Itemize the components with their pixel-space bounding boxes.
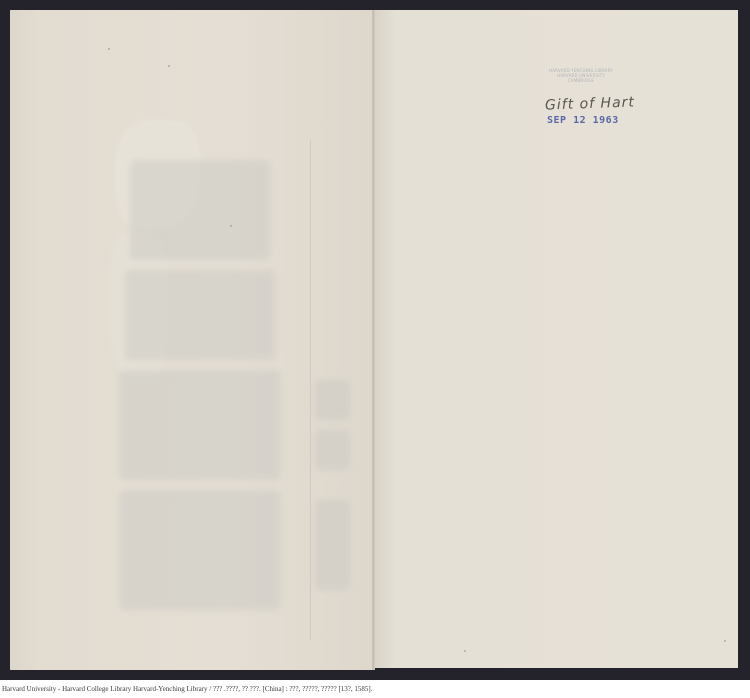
handwritten-gift-note: Gift of Hart bbox=[545, 94, 635, 113]
bleed-through-small-character bbox=[315, 430, 350, 470]
library-stamp: HARVARD-YENCHING LIBRARY HARVARD UNIVERS… bbox=[546, 68, 616, 83]
bleed-through-character bbox=[120, 490, 280, 610]
bleed-through-rule-line bbox=[310, 140, 311, 640]
paper-speck bbox=[108, 48, 110, 50]
bleed-through-small-character bbox=[315, 380, 350, 420]
bleed-through-character bbox=[125, 270, 275, 360]
paper-speck bbox=[724, 640, 726, 642]
bleed-through-character bbox=[120, 370, 280, 480]
left-page bbox=[10, 10, 373, 670]
paper-speck bbox=[168, 65, 170, 67]
paper-speck bbox=[464, 650, 466, 652]
bleed-through-small-character bbox=[315, 500, 350, 590]
bleed-through-character bbox=[130, 160, 270, 260]
scan-frame: HARVARD-YENCHING LIBRARY HARVARD UNIVERS… bbox=[0, 0, 750, 680]
scan-viewer: HARVARD-YENCHING LIBRARY HARVARD UNIVERS… bbox=[0, 0, 750, 698]
citation-caption: Harvard University - Harvard College Lib… bbox=[2, 685, 748, 693]
paper-speck bbox=[230, 225, 232, 227]
library-stamp-line: CAMBRIDGE bbox=[546, 78, 616, 83]
accession-date-stamp: SEP 12 1963 bbox=[547, 115, 619, 126]
